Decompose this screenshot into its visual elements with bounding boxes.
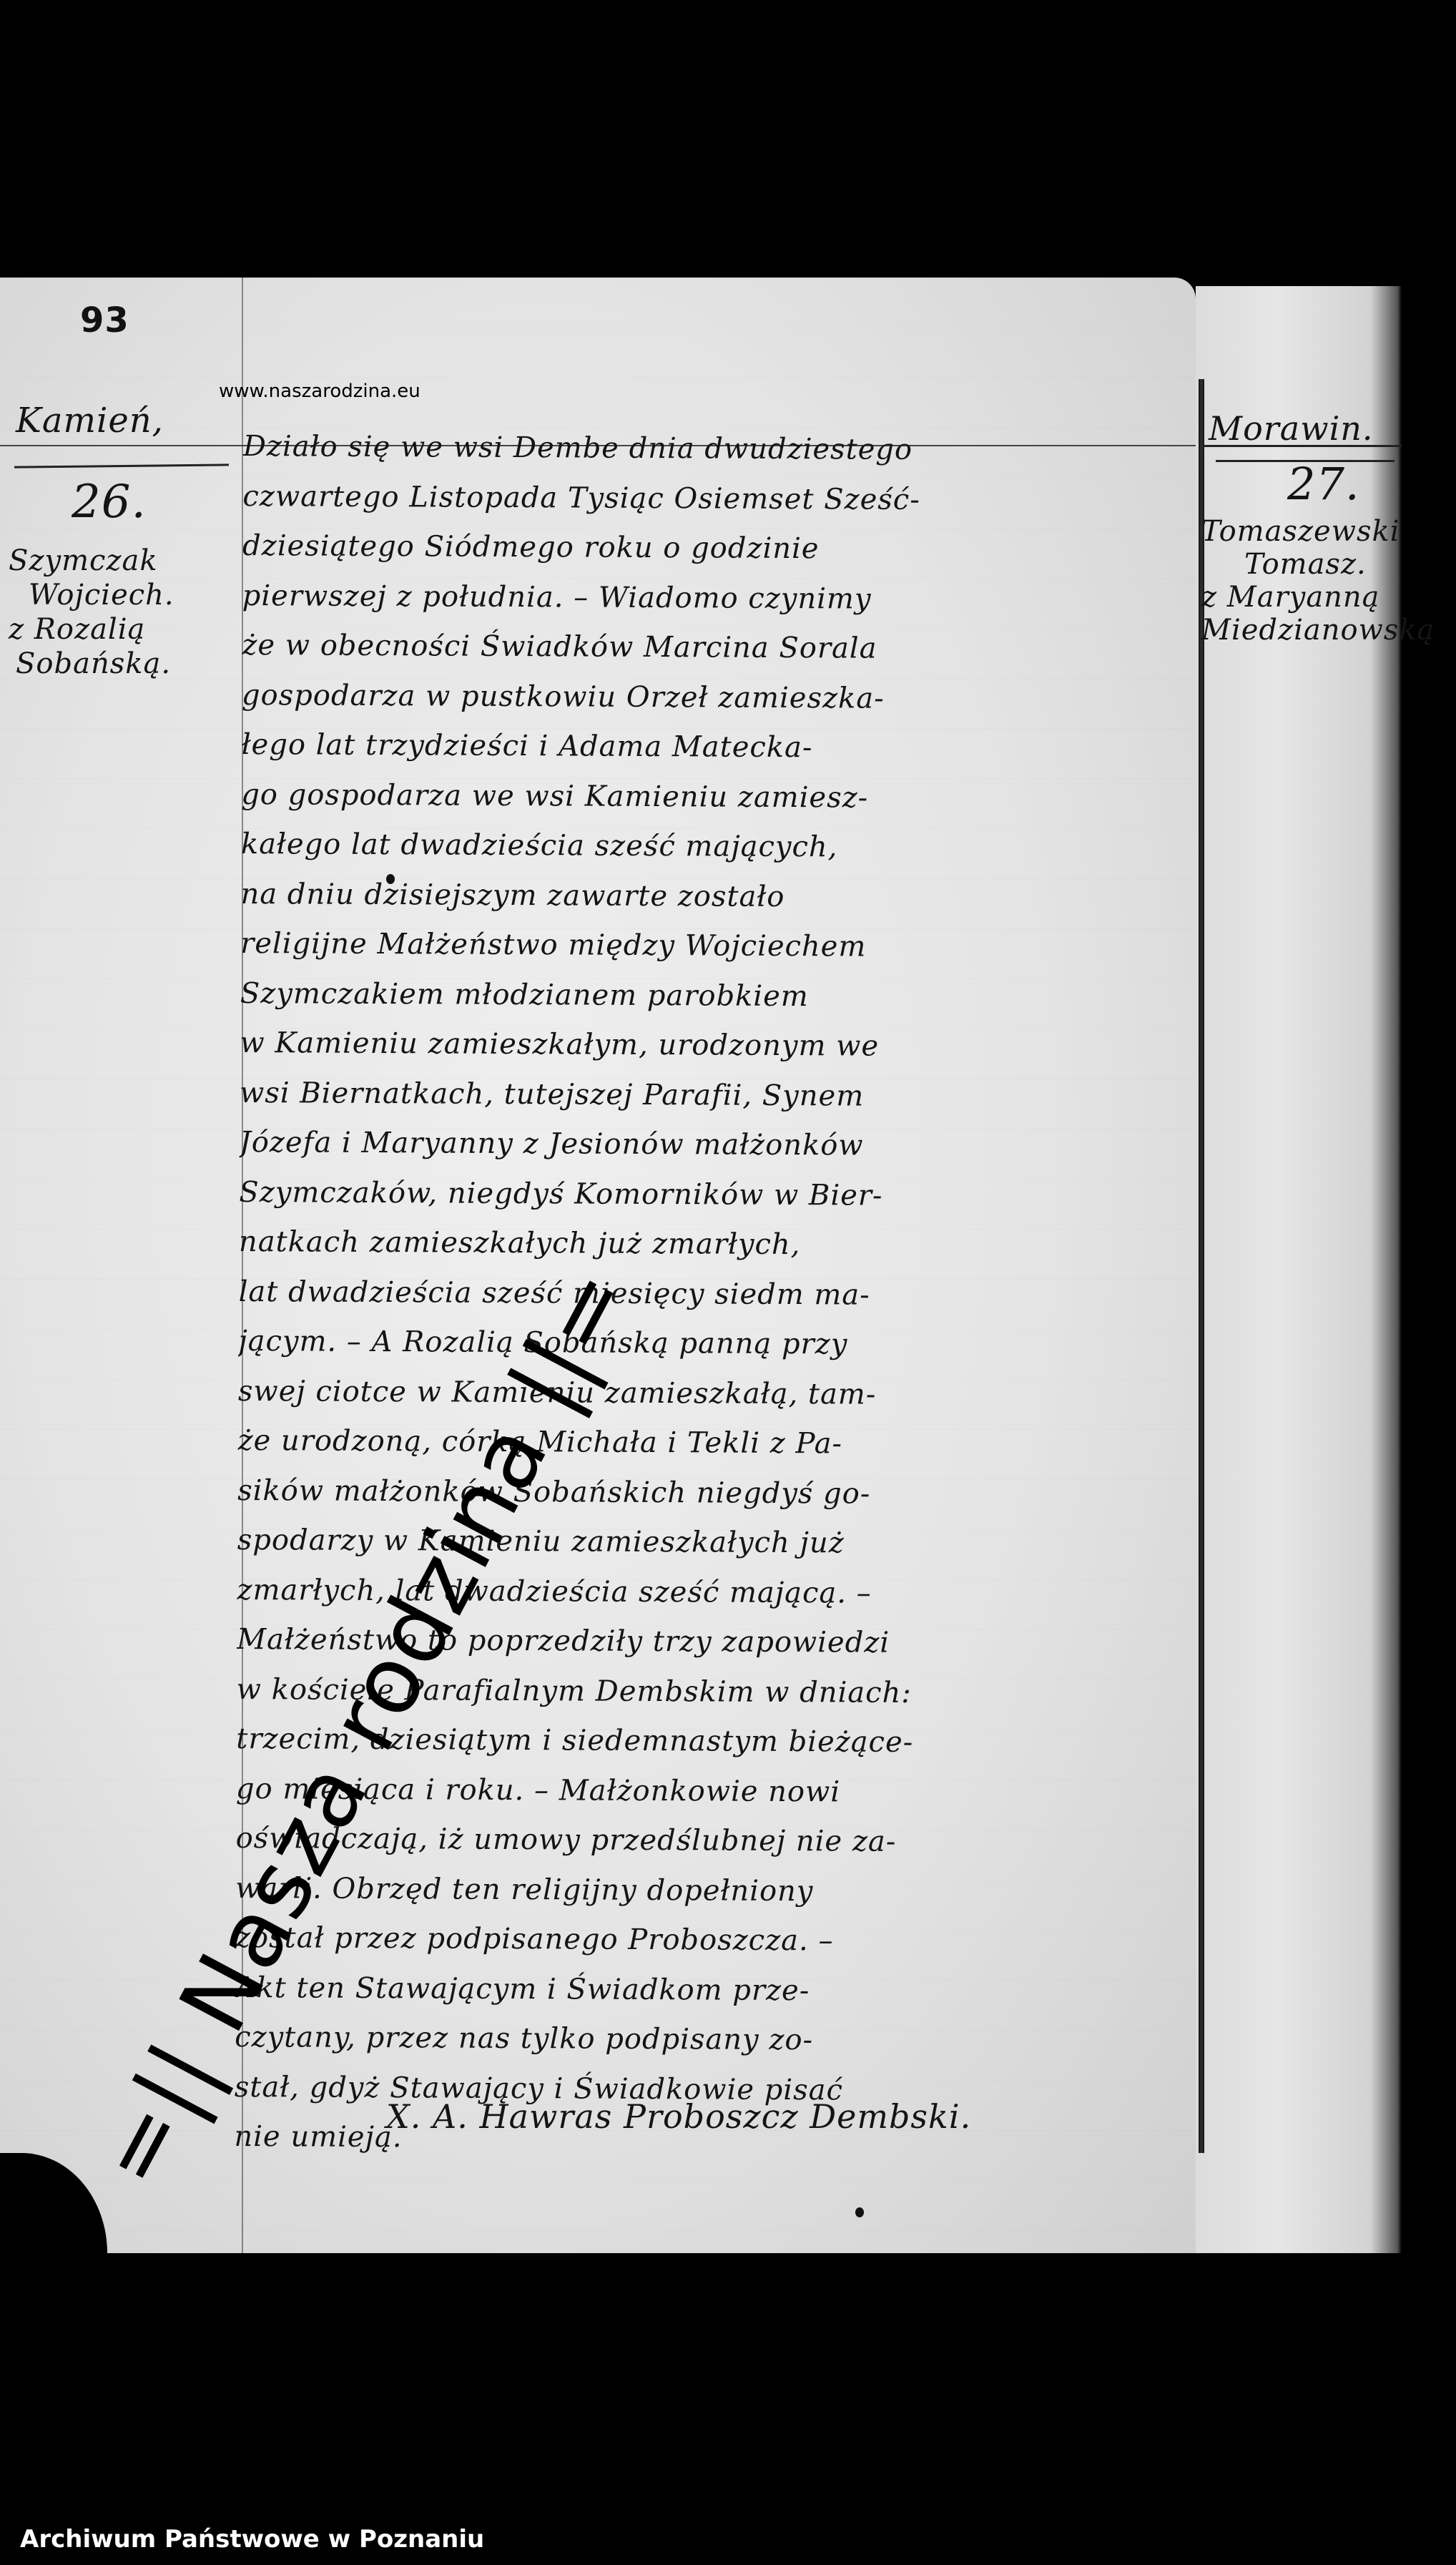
body-line: Akt ten Stawającym i Świadkom prze- — [235, 1963, 1179, 2017]
body-line: gospodarza w pustkowiu Orzeł zamieszka- — [242, 670, 1186, 725]
left-margin-heading: Kamień, — [16, 401, 164, 441]
body-line: Szymczaków, niegdyś Komorników w Bier- — [239, 1167, 1183, 1222]
body-line: Józefa i Maryanny z Jesionów małżonków — [240, 1118, 1184, 1172]
folio-number: 93 — [80, 300, 129, 340]
body-line: czytany, przez nas tylko podpisany zo- — [235, 2013, 1179, 2067]
left-margin-names: Szymczak Wojciech. z Rozalią Sobańską. — [9, 544, 174, 681]
margin-name-line: z Rozalią — [9, 612, 174, 647]
site-url-watermark: www.naszarodzina.eu — [219, 381, 420, 402]
body-line: Działo się we wsi Dembe dnia dwudziesteg… — [243, 422, 1187, 476]
body-line: lat dwadzieścia sześć miesięcy siedm ma- — [238, 1267, 1182, 1321]
body-line: go gospodarza we wsi Kamieniu zamiesz- — [241, 770, 1185, 824]
body-line: Szymczakiem młodzianem parobkiem — [240, 968, 1184, 1023]
body-line: natkach zamieszkałych już zmarłych, — [239, 1217, 1183, 1272]
body-line: religijne Małżeństwo między Wojciechem — [240, 919, 1184, 973]
body-line: w Kamieniu zamieszkałym, urodzonym we — [240, 1019, 1184, 1073]
left-entry-number: 26. — [72, 476, 147, 529]
right-margin-heading: Morawin. — [1209, 409, 1374, 448]
margin-name-line: Szymczak — [9, 544, 174, 578]
scan-viewport: 93 www.naszarodzina.eu Kamień, 26. Szymc… — [0, 0, 1456, 2565]
record-body-text: Działo się we wsi Dembe dnia dwudziesteg… — [234, 422, 1187, 2167]
ink-dot — [386, 874, 395, 884]
body-line: że w obecności Świadków Marcina Sorala — [242, 621, 1186, 675]
body-line: kałego lat dwadzieścia sześć mających, — [241, 820, 1185, 874]
body-line: dziesiątego Siódmego roku o godzinie — [242, 521, 1186, 576]
body-line: oświadczają, iż umowy przedślubnej nie z… — [235, 1814, 1179, 1868]
body-line: że urodzoną, córką Michała i Tekli z Pa- — [237, 1416, 1181, 1471]
margin-name-line: z Maryanną — [1201, 581, 1435, 614]
body-line: został przez podpisanego Proboszcza. – — [235, 1913, 1179, 1968]
body-line: wsi Biernatkach, tutejszej Parafii, Syne… — [240, 1068, 1184, 1122]
margin-name-line: Miedzianowską — [1201, 614, 1435, 647]
right-entry-number: 27. — [1287, 458, 1360, 510]
priest-signature: X. A. Hawras Proboszcz Dembski. — [386, 2097, 971, 2136]
body-line: spodarzy w Kamieniu zamieszkałych już — [237, 1516, 1181, 1570]
margin-name-line: Sobańską. — [9, 647, 174, 681]
margin-name-line: Tomaszewski — [1201, 515, 1435, 548]
body-line: czwartego Listopada Tysiąc Osiemset Sześ… — [242, 471, 1186, 526]
black-edge — [1402, 0, 1456, 2565]
body-line: warli. Obrzęd ten religijny dopełniony — [235, 1863, 1179, 1918]
margin-name-line: Tomasz. — [1201, 548, 1435, 581]
ink-dot — [855, 2207, 864, 2217]
margin-name-line: Wojciech. — [9, 578, 174, 612]
archive-caption: Archiwum Państwowe w Poznaniu — [20, 2525, 484, 2554]
body-line: łego lat trzydzieści i Adama Matecka- — [241, 720, 1185, 775]
body-line: na dniu dzisiejszym zawarte zostało — [240, 869, 1184, 923]
body-line: pierwszej z południa. – Wiadomo czynimy — [242, 571, 1186, 625]
body-line: jącym. – A Rozalią Sobańską panną przy — [238, 1317, 1182, 1371]
body-line: sików małżonków Sobańskich niegdyś go- — [237, 1466, 1181, 1520]
right-margin-names: Tomaszewski Tomasz. z Maryanną Miedziano… — [1201, 515, 1435, 647]
body-line: swej ciotce w Kamieniu zamieszkałą, tam- — [238, 1366, 1182, 1421]
